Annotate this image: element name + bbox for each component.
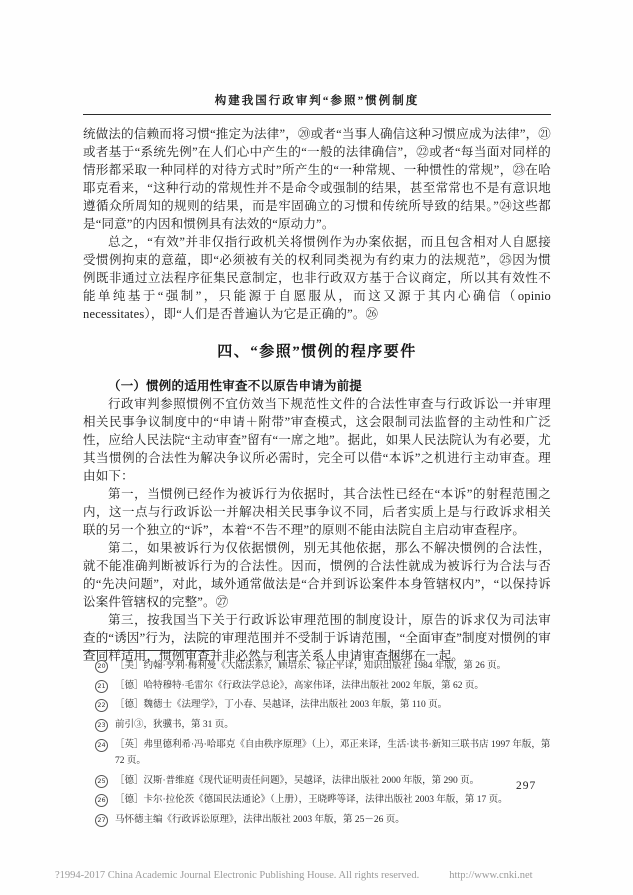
footnote-item: 25 ［德］汉斯·普维庭《现代证明责任问题》，吴越译，法律出版社 2000 年版… (95, 773, 551, 789)
running-title: 构建我国行政审判“参照”惯例制度 (83, 92, 551, 108)
footnote-marker: 22 (95, 699, 108, 712)
footnote-marker: 20 (95, 660, 108, 673)
footnote-text: 前引③，狄骥书，第 31 页。 (115, 717, 551, 733)
footnote-text: ［德］汉斯·普维庭《现代证明责任问题》，吴越译，法律出版社 2000 年版，第 … (115, 773, 551, 789)
paragraph: 统做法的信赖而将习惯“推定为法律”，⑳或者“当事人确信这种习惯应成为法律”，㉑或… (83, 125, 551, 233)
footnote-text: ［德］哈特穆特·毛雷尔《行政法学总论》，高家伟译，法律出版社 2002 年版，第… (115, 678, 551, 694)
paragraph: 第一，当惯例已经作为被诉行为依据时，其合法性已经在“本诉”的射程范围之内，这一点… (83, 485, 551, 539)
header-rule (83, 114, 551, 115)
footnote-item: 27 马怀德主编《行政诉讼原理》，法律出版社 2003 年版，第 25－26 页… (95, 812, 551, 828)
footnote-marker: 26 (95, 794, 108, 807)
page-number: 297 (516, 780, 536, 792)
footnote-item: 21 ［德］哈特穆特·毛雷尔《行政法学总论》，高家伟译，法律出版社 2002 年… (95, 678, 551, 694)
article-body: 统做法的信赖而将习惯“推定为法律”，⑳或者“当事人确信这种习惯应成为法律”，㉑或… (83, 125, 551, 665)
page-header: 构建我国行政审判“参照”惯例制度 (83, 92, 551, 115)
footnote-marker: 23 (95, 719, 108, 732)
footnote-marker: 21 (95, 680, 108, 693)
journal-page: 构建我国行政审判“参照”惯例制度 统做法的信赖而将习惯“推定为法律”，⑳或者“当… (0, 0, 633, 895)
footnote-item: 24 ［英］弗里德利希·冯·哈耶克《自由秩序原理》（上），邓正来译，生活·读书·… (95, 737, 551, 769)
paragraph: 行政审判参照惯例不宜仿效当下规范性文件的合法性审查与行政诉讼一并审理相关民事争议… (83, 395, 551, 485)
footnote-text: ［英］弗里德利希·冯·哈耶克《自由秩序原理》（上），邓正来译，生活·读书·新知三… (115, 737, 551, 769)
footnote-item: 20 ［美］约翰·亨利·梅利曼《大陆法系》，顾培东、禄正平译，知识出版社 198… (95, 658, 551, 674)
footnote-item: 26 ［德］卡尔·拉伦茨《德国民法通论》（上册），王晓晔等译，法律出版社 200… (95, 792, 551, 808)
footnote-marker: 27 (95, 814, 108, 827)
paragraph: 第二，如果被诉行为仅依据惯例，别无其他依据，那么不解决惯例的合法性，就不能准确判… (83, 539, 551, 611)
footnote-item: 22 ［德］魏德士《法理学》，丁小春、吴越译，法律出版社 2003 年版，第 1… (95, 697, 551, 713)
footnote-text: ［德］魏德士《法理学》，丁小春、吴越译，法律出版社 2003 年版，第 110 … (115, 697, 551, 713)
footnote-item: 23 前引③，狄骥书，第 31 页。 (95, 717, 551, 733)
section-heading: 四、“参照”惯例的程序要件 (83, 343, 551, 361)
paragraph: 总之，“有效”并非仅指行政机关将惯例作为办案依据，而且包含相对人自愿接受惯例拘束… (83, 233, 551, 323)
subsection-heading: （一）惯例的适用性审查不以原告申请为前提 (83, 377, 551, 395)
footnote-marker: 24 (95, 739, 108, 752)
footnote-text: 马怀德主编《行政诉讼原理》，法律出版社 2003 年版，第 25－26 页。 (115, 812, 551, 828)
copyright-footer: ?1994-2017 China Academic Journal Electr… (55, 870, 618, 881)
footnotes-section: 20 ［美］约翰·亨利·梅利曼《大陆法系》，顾培东、禄正平译，知识出版社 198… (83, 650, 551, 832)
footnote-text: ［德］卡尔·拉伦茨《德国民法通论》（上册），王晓晔等译，法律出版社 2003 年… (115, 792, 551, 808)
footer-url: http://www.cnki.net (449, 870, 532, 881)
copyright-text: ?1994-2017 China Academic Journal Electr… (55, 870, 419, 881)
footnote-marker: 25 (95, 775, 108, 788)
footnote-separator (83, 650, 215, 651)
footnote-text: ［美］约翰·亨利·梅利曼《大陆法系》，顾培东、禄正平译，知识出版社 1984 年… (115, 658, 551, 674)
